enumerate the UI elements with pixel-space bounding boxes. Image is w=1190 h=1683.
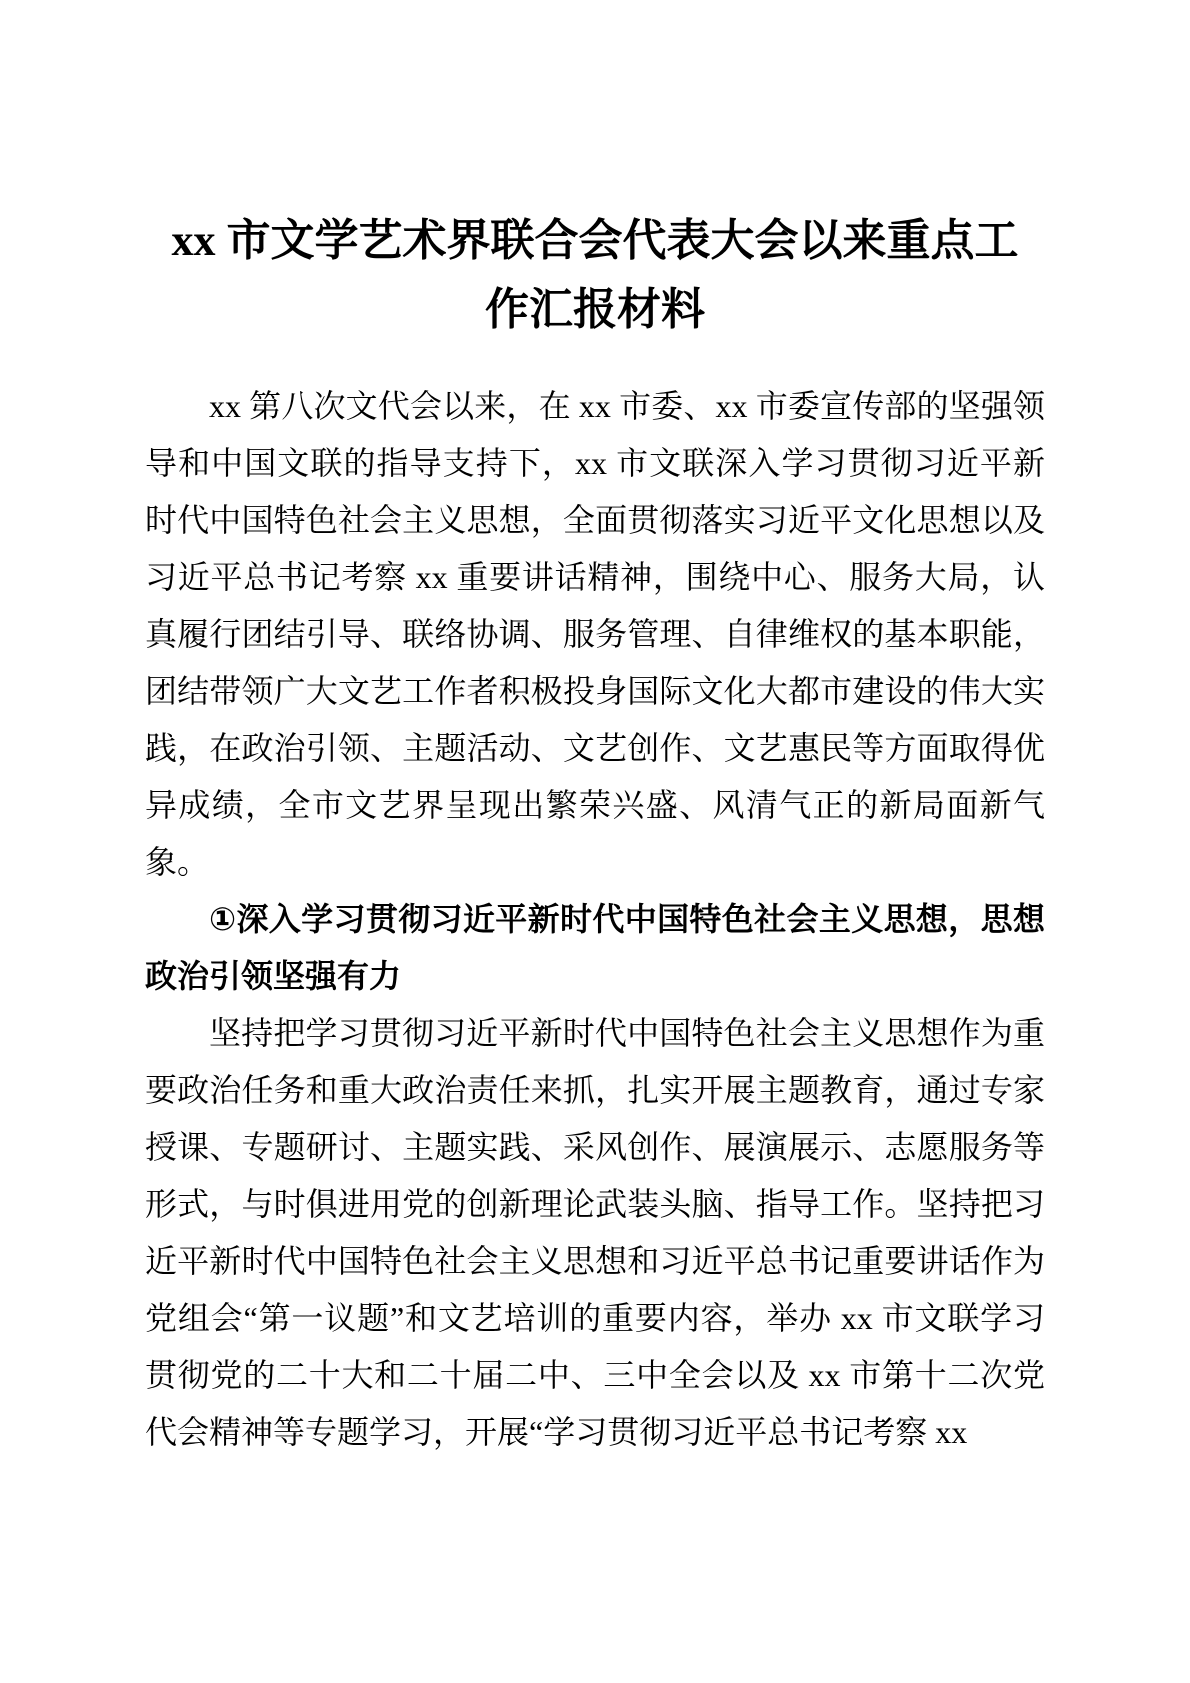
intro-paragraph: xx 第八次文代会以来，在 xx 市委、xx 市委宣传部的坚强领导和中国文联的指… xyxy=(145,378,1045,891)
section-1-paragraph: 坚持把学习贯彻习近平新时代中国特色社会主义思想作为重要政治任务和重大政治责任来抓… xyxy=(145,1005,1045,1461)
document-page: xx 市文学艺术界联合会代表大会以来重点工作汇报材料 xx 第八次文代会以来，在… xyxy=(0,0,1190,1683)
document-title: xx 市文学艺术界联合会代表大会以来重点工作汇报材料 xyxy=(155,206,1035,344)
section-heading-1: ①深入学习贯彻习近平新时代中国特色社会主义思想，思想政治引领坚强有力 xyxy=(145,891,1045,1005)
document-content: xx 市文学艺术界联合会代表大会以来重点工作汇报材料 xx 第八次文代会以来，在… xyxy=(0,0,1190,1461)
